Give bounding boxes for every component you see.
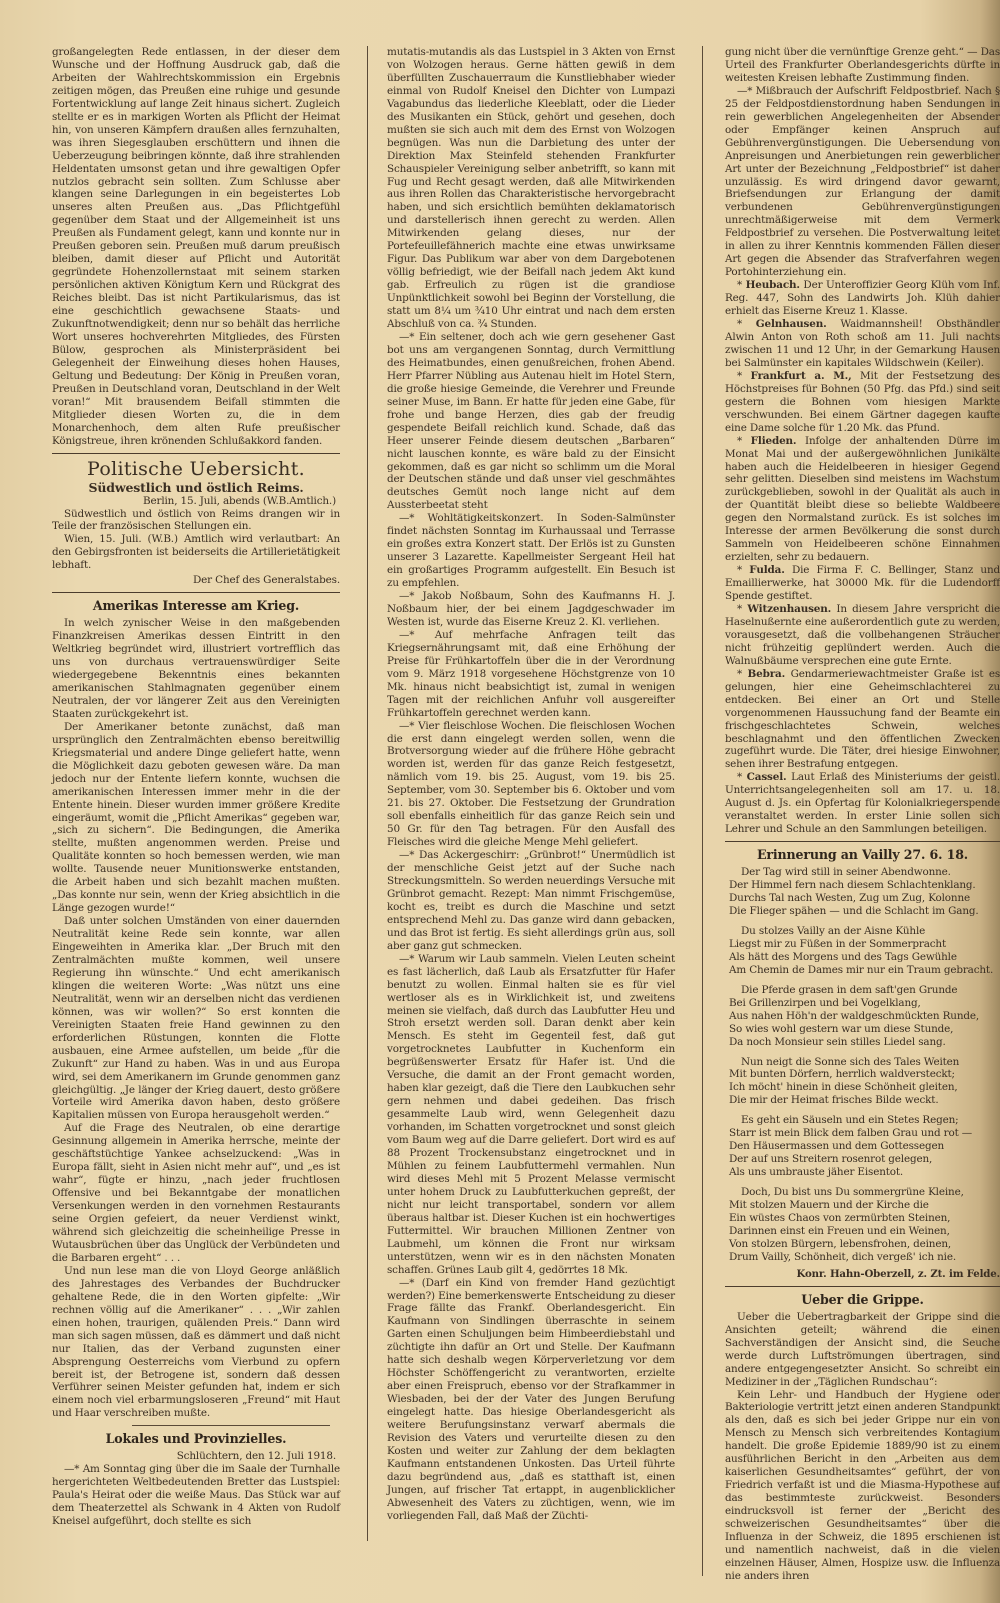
local-news-item: —* Auf mehrfache Anfragen teilt das Krie… <box>387 629 675 720</box>
regional-item: * Cassel. Laut Erlaß des Ministeriums de… <box>725 771 1000 836</box>
place-name: Heubach. <box>746 279 800 291</box>
poem-stanza: Es geht ein Säuseln und ein Stetes Regen… <box>725 1114 1000 1179</box>
regional-item: * Bebra. Gendarmeriewachtmeister Graße i… <box>725 668 1000 772</box>
local-news-item: —* Jakob Noßbaum, Sohn des Kaufmanns H. … <box>387 590 675 629</box>
place-name: Cassel. <box>747 771 787 783</box>
regional-item: * Heubach. Der Unteroffizier Georg Klüh … <box>725 279 1000 318</box>
section-title-politics: Politische Uebersicht. <box>52 458 340 480</box>
place-name: Witzenhausen. <box>747 603 831 615</box>
article-paragraph: —* Am Sonntag ging über die im Saale der… <box>52 1463 340 1528</box>
article-paragraph: Ueber die Uebertragbarkeit der Grippe si… <box>725 1311 1000 1389</box>
place-name: Bebra. <box>748 668 786 680</box>
article-paragraph: In welch zynischer Weise in den maßgeben… <box>52 617 340 721</box>
regional-item: * Gelnhausen. Waidmannsheil! Obsthändler… <box>725 318 1000 370</box>
column-3: gung nicht über die vernünftige Grenze g… <box>725 46 1000 1583</box>
section-divider <box>132 1425 330 1426</box>
section-title-local: Lokales und Provinzielles. <box>52 1430 340 1447</box>
dateline-schluechtern: Schlüchtern, den 12. Juli 1918. <box>52 1450 340 1463</box>
regional-item: * Fulda. Die Firma F. C. Bellinger, Stan… <box>725 564 1000 603</box>
poem-stanza: Nun neigt die Sonne sich des Tales Weite… <box>725 1056 1000 1108</box>
poem-stanza: Doch, Du bist uns Du sommergrüne Kleine,… <box>725 1186 1000 1264</box>
column-1: großangelegten Rede entlassen, in der di… <box>52 46 340 1528</box>
poem-stanza: Die Pferde grasen in dem saft'gen Grunde… <box>725 984 1000 1049</box>
place-name: Fulda. <box>749 564 784 576</box>
place-name: Gelnhausen. <box>756 318 827 330</box>
newspaper-page: großangelegten Rede entlassen, in der di… <box>52 46 997 1603</box>
local-news-item: —* Warum wir Laub sammeln. Vielen Leuten… <box>387 953 675 1277</box>
poem-stanza: Du stolzes Vailly an der Aisne Kühle Lie… <box>725 925 1000 977</box>
local-news-item: —* (Darf ein Kind von fremder Hand gezüc… <box>387 1277 675 1523</box>
local-news-item: —* Wohltätigkeitskonzert. In Soden-Salmü… <box>387 512 675 590</box>
local-news-item: —* Das Ackergeschirr: „Grünbrot!“ Unermü… <box>387 849 675 953</box>
section-divider <box>52 453 340 454</box>
place-name: Flieden. <box>751 435 797 447</box>
report-berlin: Südwestlich und östlich von Reims drange… <box>52 508 340 534</box>
local-news-item: —* Vier fleischlose Wochen. Die fleischl… <box>387 720 675 850</box>
regional-item: * Frankfurt a. M., Mit der Festsetzung d… <box>725 370 1000 435</box>
section-divider <box>725 1286 1000 1287</box>
column-divider <box>702 46 703 1576</box>
place-name: Frankfurt a. M., <box>751 370 852 382</box>
article-paragraph: Kein Lehr- und Handbuch der Hygiene oder… <box>725 1389 1000 1583</box>
poem-title: Erinnerung an Vailly 27. 6. 18. <box>725 846 1000 863</box>
section-divider <box>725 841 1000 842</box>
article-continuation: großangelegten Rede entlassen, in der di… <box>52 46 340 448</box>
poem-stanza: Der Tag wird still in seiner Abendwonne.… <box>725 866 1000 918</box>
column-2: mutatis-mutandis als das Lustspiel in 3 … <box>387 46 675 1523</box>
regional-item: * Witzenhausen. In diesem Jahre verspric… <box>725 603 1000 668</box>
article-paragraph: Auf die Frage des Neutralen, ob eine der… <box>52 1122 340 1264</box>
dateline-berlin: Berlin, 15. Juli, abends (W.B.Amtlich.) <box>52 495 340 508</box>
regional-item: * Flieden. Infolge der anhaltenden Dürre… <box>725 435 1000 565</box>
news-subhead: Südwestlich und östlich Reims. <box>52 480 340 495</box>
poem-byline: Konr. Hahn-Oberzell, z. Zt. im Felde. <box>725 1268 1000 1281</box>
article-paragraph: Daß unter solchen Umständen von einer da… <box>52 915 340 1122</box>
article-continuation: mutatis-mutandis als das Lustspiel in 3 … <box>387 46 675 331</box>
signature: Der Chef des Generalstabes. <box>52 574 340 587</box>
local-news-item: —* Mißbrauch der Aufschrift Feldpostbrie… <box>725 85 1000 279</box>
article-title-grippe: Ueber die Grippe. <box>725 1291 1000 1308</box>
column-divider <box>367 46 368 1541</box>
dateline-wien: Wien, 15. Juli. (W.B.) <box>64 533 178 545</box>
local-news-item: —* Ein seltener, doch ach wie gern geseh… <box>387 331 675 512</box>
article-title-america: Amerikas Interesse am Krieg. <box>52 597 340 614</box>
section-divider <box>52 592 340 593</box>
article-continuation: gung nicht über die vernünftige Grenze g… <box>725 46 1000 85</box>
article-paragraph: Und nun lese man die von Lloyd George an… <box>52 1265 340 1420</box>
article-paragraph: Der Amerikaner betonte zunächst, daß man… <box>52 721 340 915</box>
